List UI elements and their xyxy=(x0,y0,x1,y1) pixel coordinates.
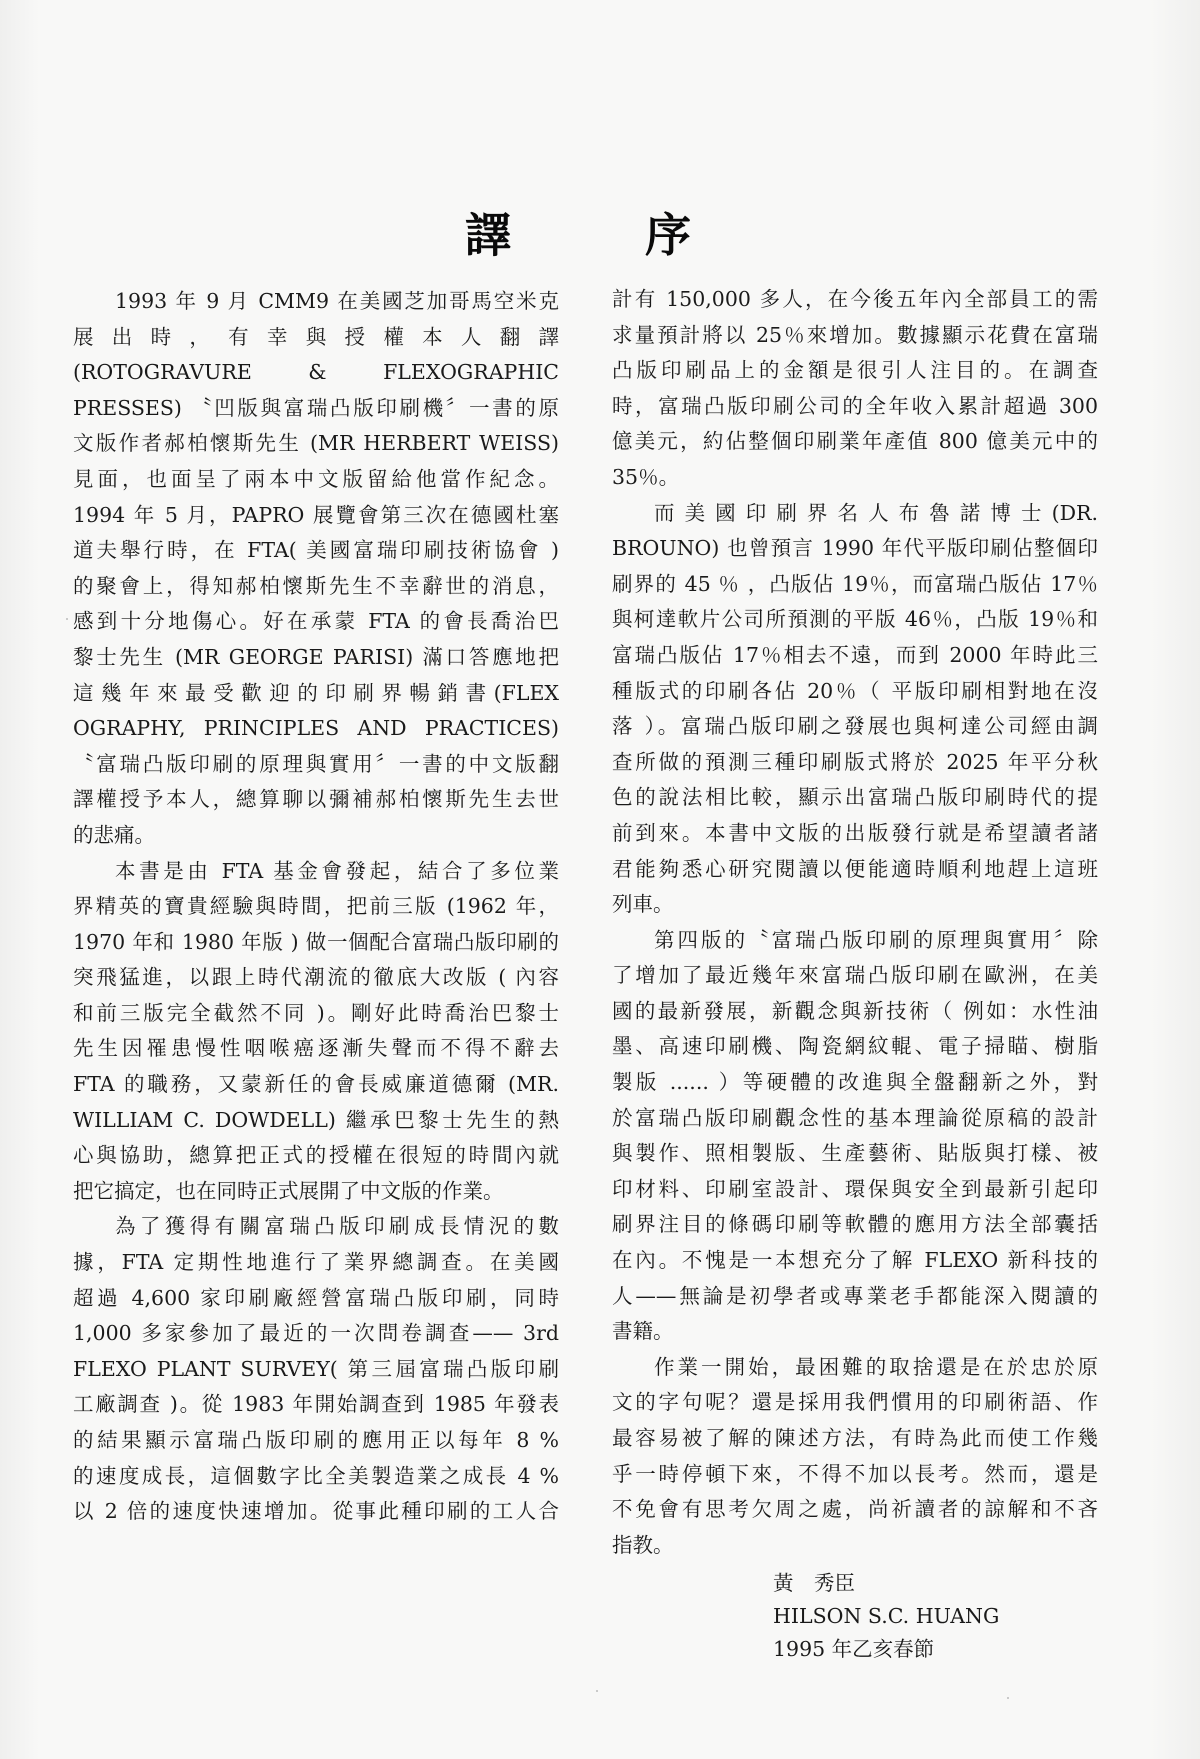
text-line: 種版式的印刷各佔 20％（ 平版印刷相對地在沒 xyxy=(612,674,1098,710)
author-name-english: HILSON S.C. HUANG xyxy=(773,1600,999,1633)
paragraph: 1993 年 9 月 CMM9 在美國芝加哥馬空米克 展 出 時 ， 有 幸 與… xyxy=(73,284,559,854)
text-line: 色的說法相比較，顯示出富瑞凸版印刷時代的提 xyxy=(612,780,1098,816)
author-name-chinese: 黃 秀臣 xyxy=(773,1567,999,1600)
text-line: 感到十分地傷心。好在承蒙 FTA 的會長喬治巴 xyxy=(73,604,559,640)
text-line: 道夫舉行時，在 FTA( 美國富瑞印刷技術協會 ) xyxy=(73,533,559,569)
text-line: 國的最新發展，新觀念與新技術（ 例如：水性油 xyxy=(612,994,1098,1030)
paragraph: 為了獲得有關富瑞凸版印刷成長情況的數 據，FTA 定期性地進行了業界總調查。在美… xyxy=(73,1209,559,1529)
text-line: 的悲痛。 xyxy=(73,818,559,854)
text-line: 的聚會上，得知郝柏懷斯先生不幸辭世的消息， xyxy=(73,569,559,605)
text-line: 1994 年 5 月，PAPRO 展覽會第三次在德國杜塞 xyxy=(73,498,559,534)
text-line: 的速度成長，這個數字比全美製造業之成長 4 % xyxy=(73,1459,559,1495)
document-page: 譯 序 1993 年 9 月 CMM9 在美國芝加哥馬空米克 展 出 時 ， 有… xyxy=(0,0,1200,1759)
text-line: 富瑞凸版佔 17％相去不遠，而到 2000 年時此三 xyxy=(612,638,1098,674)
scan-speck xyxy=(596,1690,598,1692)
text-line: 求量預計將以 25％來增加。數據顯示花費在富瑞 xyxy=(612,318,1098,354)
text-line: 與柯達軟片公司所預測的平版 46％，凸版 19％和 xyxy=(612,602,1098,638)
text-line: 墨、高速印刷機、陶瓷網紋輥、電子掃瞄、樹脂 xyxy=(612,1029,1098,1065)
text-line: 和前三版完全截然不同 )。剛好此時喬治巴黎士 xyxy=(73,996,559,1032)
text-line: 君能夠悉心研究閱讀以便能適時順利地趕上這班 xyxy=(612,852,1098,888)
text-line: 前到來。本書中文版的出版發行就是希望讀者諸 xyxy=(612,816,1098,852)
text-line: 黎士先生 (MR GEORGE PARISI) 滿口答應地把 xyxy=(73,640,559,676)
text-line: 億美元，約佔整個印刷業年產值 800 億美元中的 xyxy=(612,424,1098,460)
text-line: 見面，也面呈了兩本中文版留給他當作紀念。 xyxy=(73,462,559,498)
text-line: 刷界注目的條碼印刷等軟體的應用方法全部囊括 xyxy=(612,1207,1098,1243)
text-line: 指教。 xyxy=(612,1528,1098,1564)
paragraph: 第四版的〝富瑞凸版印刷的原理與實用〞除 了增加了最近幾年來富瑞凸版印刷在歐洲，在… xyxy=(612,923,1098,1350)
text-line: 第四版的〝富瑞凸版印刷的原理與實用〞除 xyxy=(612,923,1098,959)
paragraph: 而 美 國 印 刷 界 名 人 布 魯 諾 博 士 (DR. BROUNO) 也… xyxy=(612,496,1098,923)
text-line: FLEXO PLANT SURVEY( 第三屆富瑞凸版印刷 xyxy=(73,1352,559,1388)
text-line: 最容易被了解的陳述方法，有時為此而使工作幾 xyxy=(612,1421,1098,1457)
text-line: 文的字句呢？還是採用我們慣用的印刷術語、作 xyxy=(612,1385,1098,1421)
text-line: 文版作者郝柏懷斯先生 (MR HERBERT WEISS) xyxy=(73,426,559,462)
text-line: 在內。不愧是一本想充分了解 FLEXO 新科技的 xyxy=(612,1243,1098,1279)
text-line: 1,000 多家參加了最近的一次問卷調查—— 3rd xyxy=(73,1316,559,1352)
text-line: 1970 年和 1980 年版 ) 做一個配合富瑞凸版印刷的 xyxy=(73,925,559,961)
text-line: 本書是由 FTA 基金會發起，結合了多位業 xyxy=(73,854,559,890)
text-line: 展 出 時 ， 有 幸 與 授 權 本 人 翻 譯 xyxy=(73,320,559,356)
text-line: 這 幾 年 來 最 受 歡 迎 的 印 刷 界 暢 銷 書 (FLEX xyxy=(73,676,559,712)
text-line: 列車。 xyxy=(612,887,1098,923)
text-line: OGRAPHY, PRINCIPLES AND PRACTICES) xyxy=(73,711,559,747)
signature-block: 黃 秀臣 HILSON S.C. HUANG 1995 年乙亥春節 xyxy=(773,1567,999,1666)
text-line: 1993 年 9 月 CMM9 在美國芝加哥馬空米克 xyxy=(73,284,559,320)
text-line: 製版 ...... ）等硬體的改進與全盤翻新之外，對 xyxy=(612,1065,1098,1101)
scan-speck xyxy=(1007,1697,1009,1699)
text-line: 落 ）。富瑞凸版印刷之發展也與柯達公司經由調 xyxy=(612,709,1098,745)
text-line: 以 2 倍的速度快速增加。從事此種印刷的工人合 xyxy=(73,1494,559,1530)
text-line: 譯權授予本人，總算聊以彌補郝柏懷斯先生去世 xyxy=(73,782,559,818)
text-line: 工廠調查 )。從 1983 年開始調查到 1985 年發表 xyxy=(73,1387,559,1423)
text-line: 人——無論是初學者或專業老手都能深入閱讀的 xyxy=(612,1279,1098,1315)
text-line: 查所做的預測三種印刷版式將於 2025 年平分秋 xyxy=(612,745,1098,781)
text-line: 凸版印刷品上的金額是很引人注目的。在調查 xyxy=(612,353,1098,389)
text-line: 不免會有思考欠周之處，尚祈讀者的諒解和不吝 xyxy=(612,1492,1098,1528)
right-column: 計有 150,000 多人，在今後五年內全部員工的需 求量預計將以 25％來增加… xyxy=(612,282,1098,1563)
text-line: 而 美 國 印 刷 界 名 人 布 魯 諾 博 士 (DR. xyxy=(612,496,1098,532)
text-line: 據，FTA 定期性地進行了業界總調查。在美國 xyxy=(73,1245,559,1281)
text-line: 的結果顯示富瑞凸版印刷的應用正以每年 8 % xyxy=(73,1423,559,1459)
text-line: 印材料、印刷室設計、環保與安全到最新引起印 xyxy=(612,1172,1098,1208)
text-line: 35％。 xyxy=(612,460,1098,496)
text-line: WILLIAM C. DOWDELL) 繼承巴黎士先生的熱 xyxy=(73,1103,559,1139)
text-line: 作業一開始，最困難的取捨還是在於忠於原 xyxy=(612,1350,1098,1386)
text-line: 於富瑞凸版印刷觀念性的基本理論從原稿的設計 xyxy=(612,1101,1098,1137)
left-column: 1993 年 9 月 CMM9 在美國芝加哥馬空米克 展 出 時 ， 有 幸 與… xyxy=(73,284,559,1530)
paragraph: 本書是由 FTA 基金會發起，結合了多位業 界精英的寶貴經驗與時間，把前三版 (… xyxy=(73,854,559,1210)
paragraph: 作業一開始，最困難的取捨還是在於忠於原 文的字句呢？還是採用我們慣用的印刷術語、… xyxy=(612,1350,1098,1564)
text-line: 心與協助，總算把正式的授權在很短的時間內就 xyxy=(73,1138,559,1174)
page-title: 譯 序 xyxy=(0,199,1200,265)
text-line: 超過 4,600 家印刷廠經營富瑞凸版印刷，同時 xyxy=(73,1281,559,1317)
text-line: 乎一時停頓下來，不得不加以長考。然而，還是 xyxy=(612,1457,1098,1493)
text-line: 書籍。 xyxy=(612,1314,1098,1350)
text-line: 先生因罹患慢性咽喉癌逐漸失聲而不得不辭去 xyxy=(73,1031,559,1067)
text-line: BROUNO) 也曾預言 1990 年代平版印刷佔整個印 xyxy=(612,531,1098,567)
text-line: 計有 150,000 多人，在今後五年內全部員工的需 xyxy=(612,282,1098,318)
text-line: 了增加了最近幾年來富瑞凸版印刷在歐洲，在美 xyxy=(612,958,1098,994)
text-line: 為了獲得有關富瑞凸版印刷成長情況的數 xyxy=(73,1209,559,1245)
text-line: 突飛猛進，以跟上時代潮流的徹底大改版 ( 內容 xyxy=(73,960,559,996)
text-line: 〝富瑞凸版印刷的原理與實用〞一書的中文版翻 xyxy=(73,747,559,783)
signature-date: 1995 年乙亥春節 xyxy=(773,1633,999,1666)
text-line: 時，富瑞凸版印刷公司的全年收入累計超過 300 xyxy=(612,389,1098,425)
text-line: 刷界的 45 ％ ，凸版佔 19％，而富瑞凸版佔 17％ xyxy=(612,567,1098,603)
text-line: FTA 的職務，又蒙新任的會長威廉道德爾 (MR. xyxy=(73,1067,559,1103)
text-line: 把它搞定，也在同時正式展開了中文版的作業。 xyxy=(73,1174,559,1210)
scan-speck xyxy=(66,618,68,620)
paragraph: 計有 150,000 多人，在今後五年內全部員工的需 求量預計將以 25％來增加… xyxy=(612,282,1098,496)
text-line: 與製作、照相製版、生產藝術、貼版與打樣、被 xyxy=(612,1136,1098,1172)
text-line: 界精英的寶貴經驗與時間，把前三版 (1962 年， xyxy=(73,889,559,925)
text-line: PRESSES) 〝凹版與富瑞凸版印刷機〞一書的原 xyxy=(73,391,559,427)
text-line: (ROTOGRAVURE & FLEXOGRAPHIC xyxy=(73,355,559,391)
